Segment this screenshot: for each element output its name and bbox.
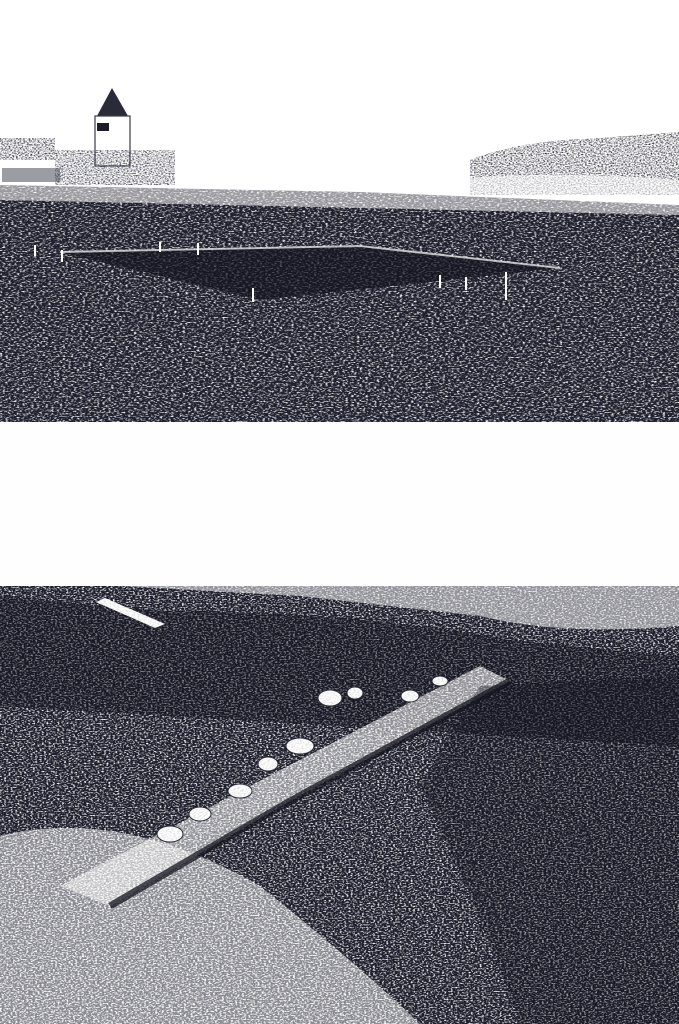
photo-top-field-with-church (0, 0, 679, 422)
landscape-photo-icon (0, 0, 679, 422)
scanned-page (0, 0, 679, 1024)
landscape-photo-icon (0, 586, 679, 1024)
photo-bottom-stone-foundation (0, 586, 679, 1024)
page-gap (0, 422, 679, 586)
